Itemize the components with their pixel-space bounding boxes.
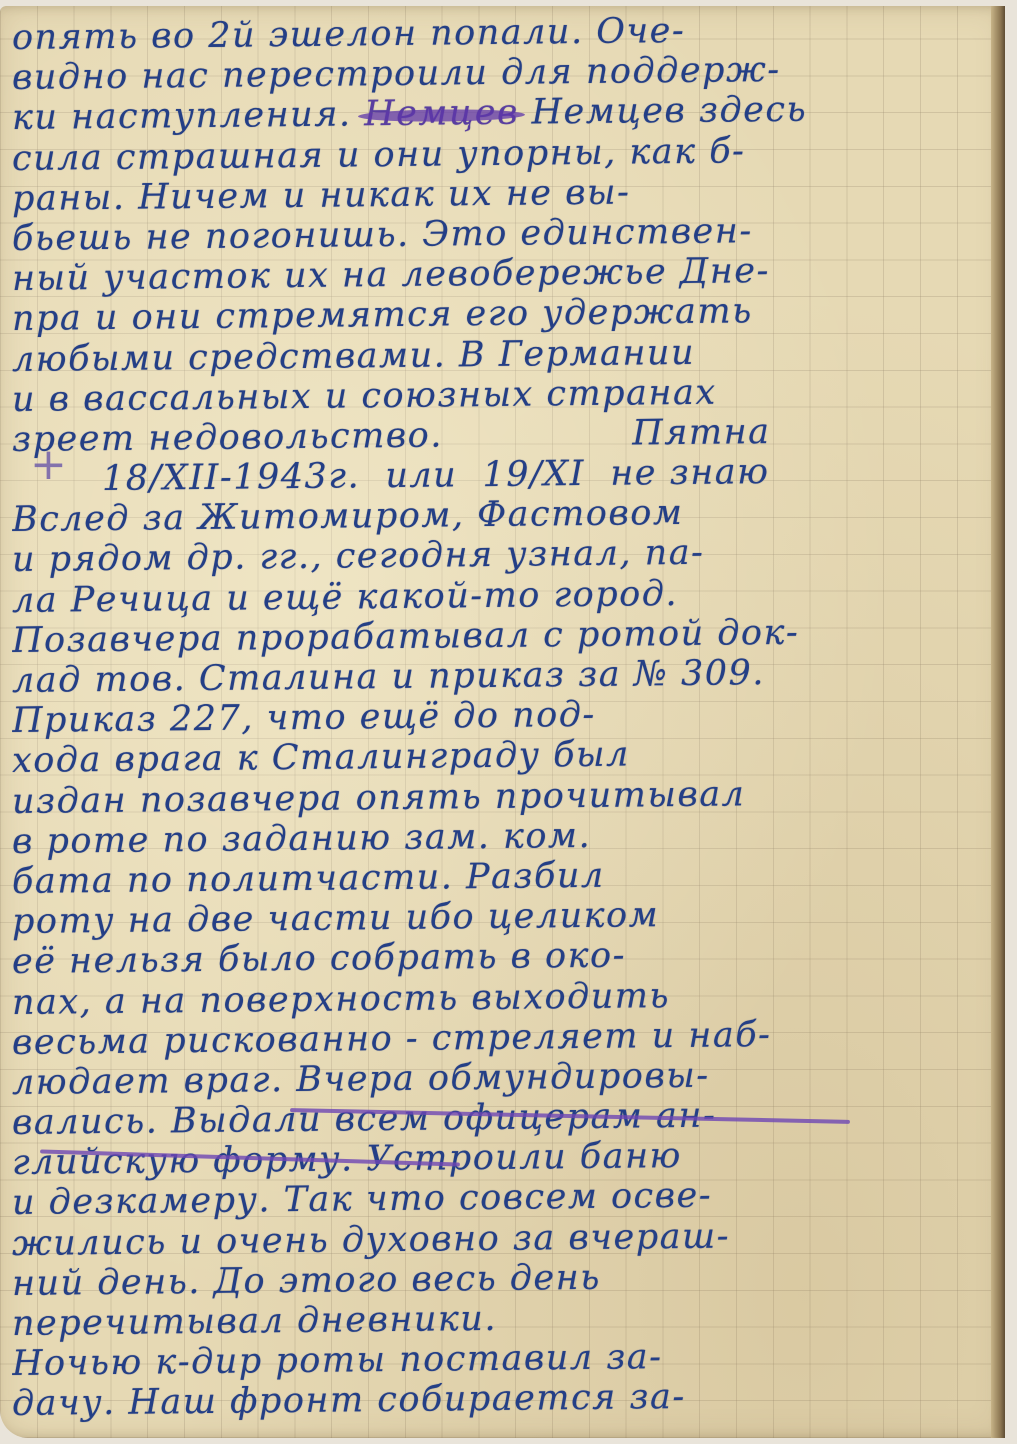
text-line: дачу. Наш фронт собирается за- bbox=[12, 1374, 975, 1424]
notebook-spine bbox=[991, 6, 1005, 1438]
handwritten-text: опять во 2й эшелон попали. Оче- видно на… bbox=[12, 18, 975, 1425]
diary-page: + опять во 2й эшелон попали. Оче- видно … bbox=[0, 6, 1005, 1438]
text-fragment: ки наступления. bbox=[12, 95, 352, 139]
text-fragment: Немцев здесь bbox=[531, 90, 807, 133]
struck-out-word: Немцев bbox=[364, 93, 519, 135]
